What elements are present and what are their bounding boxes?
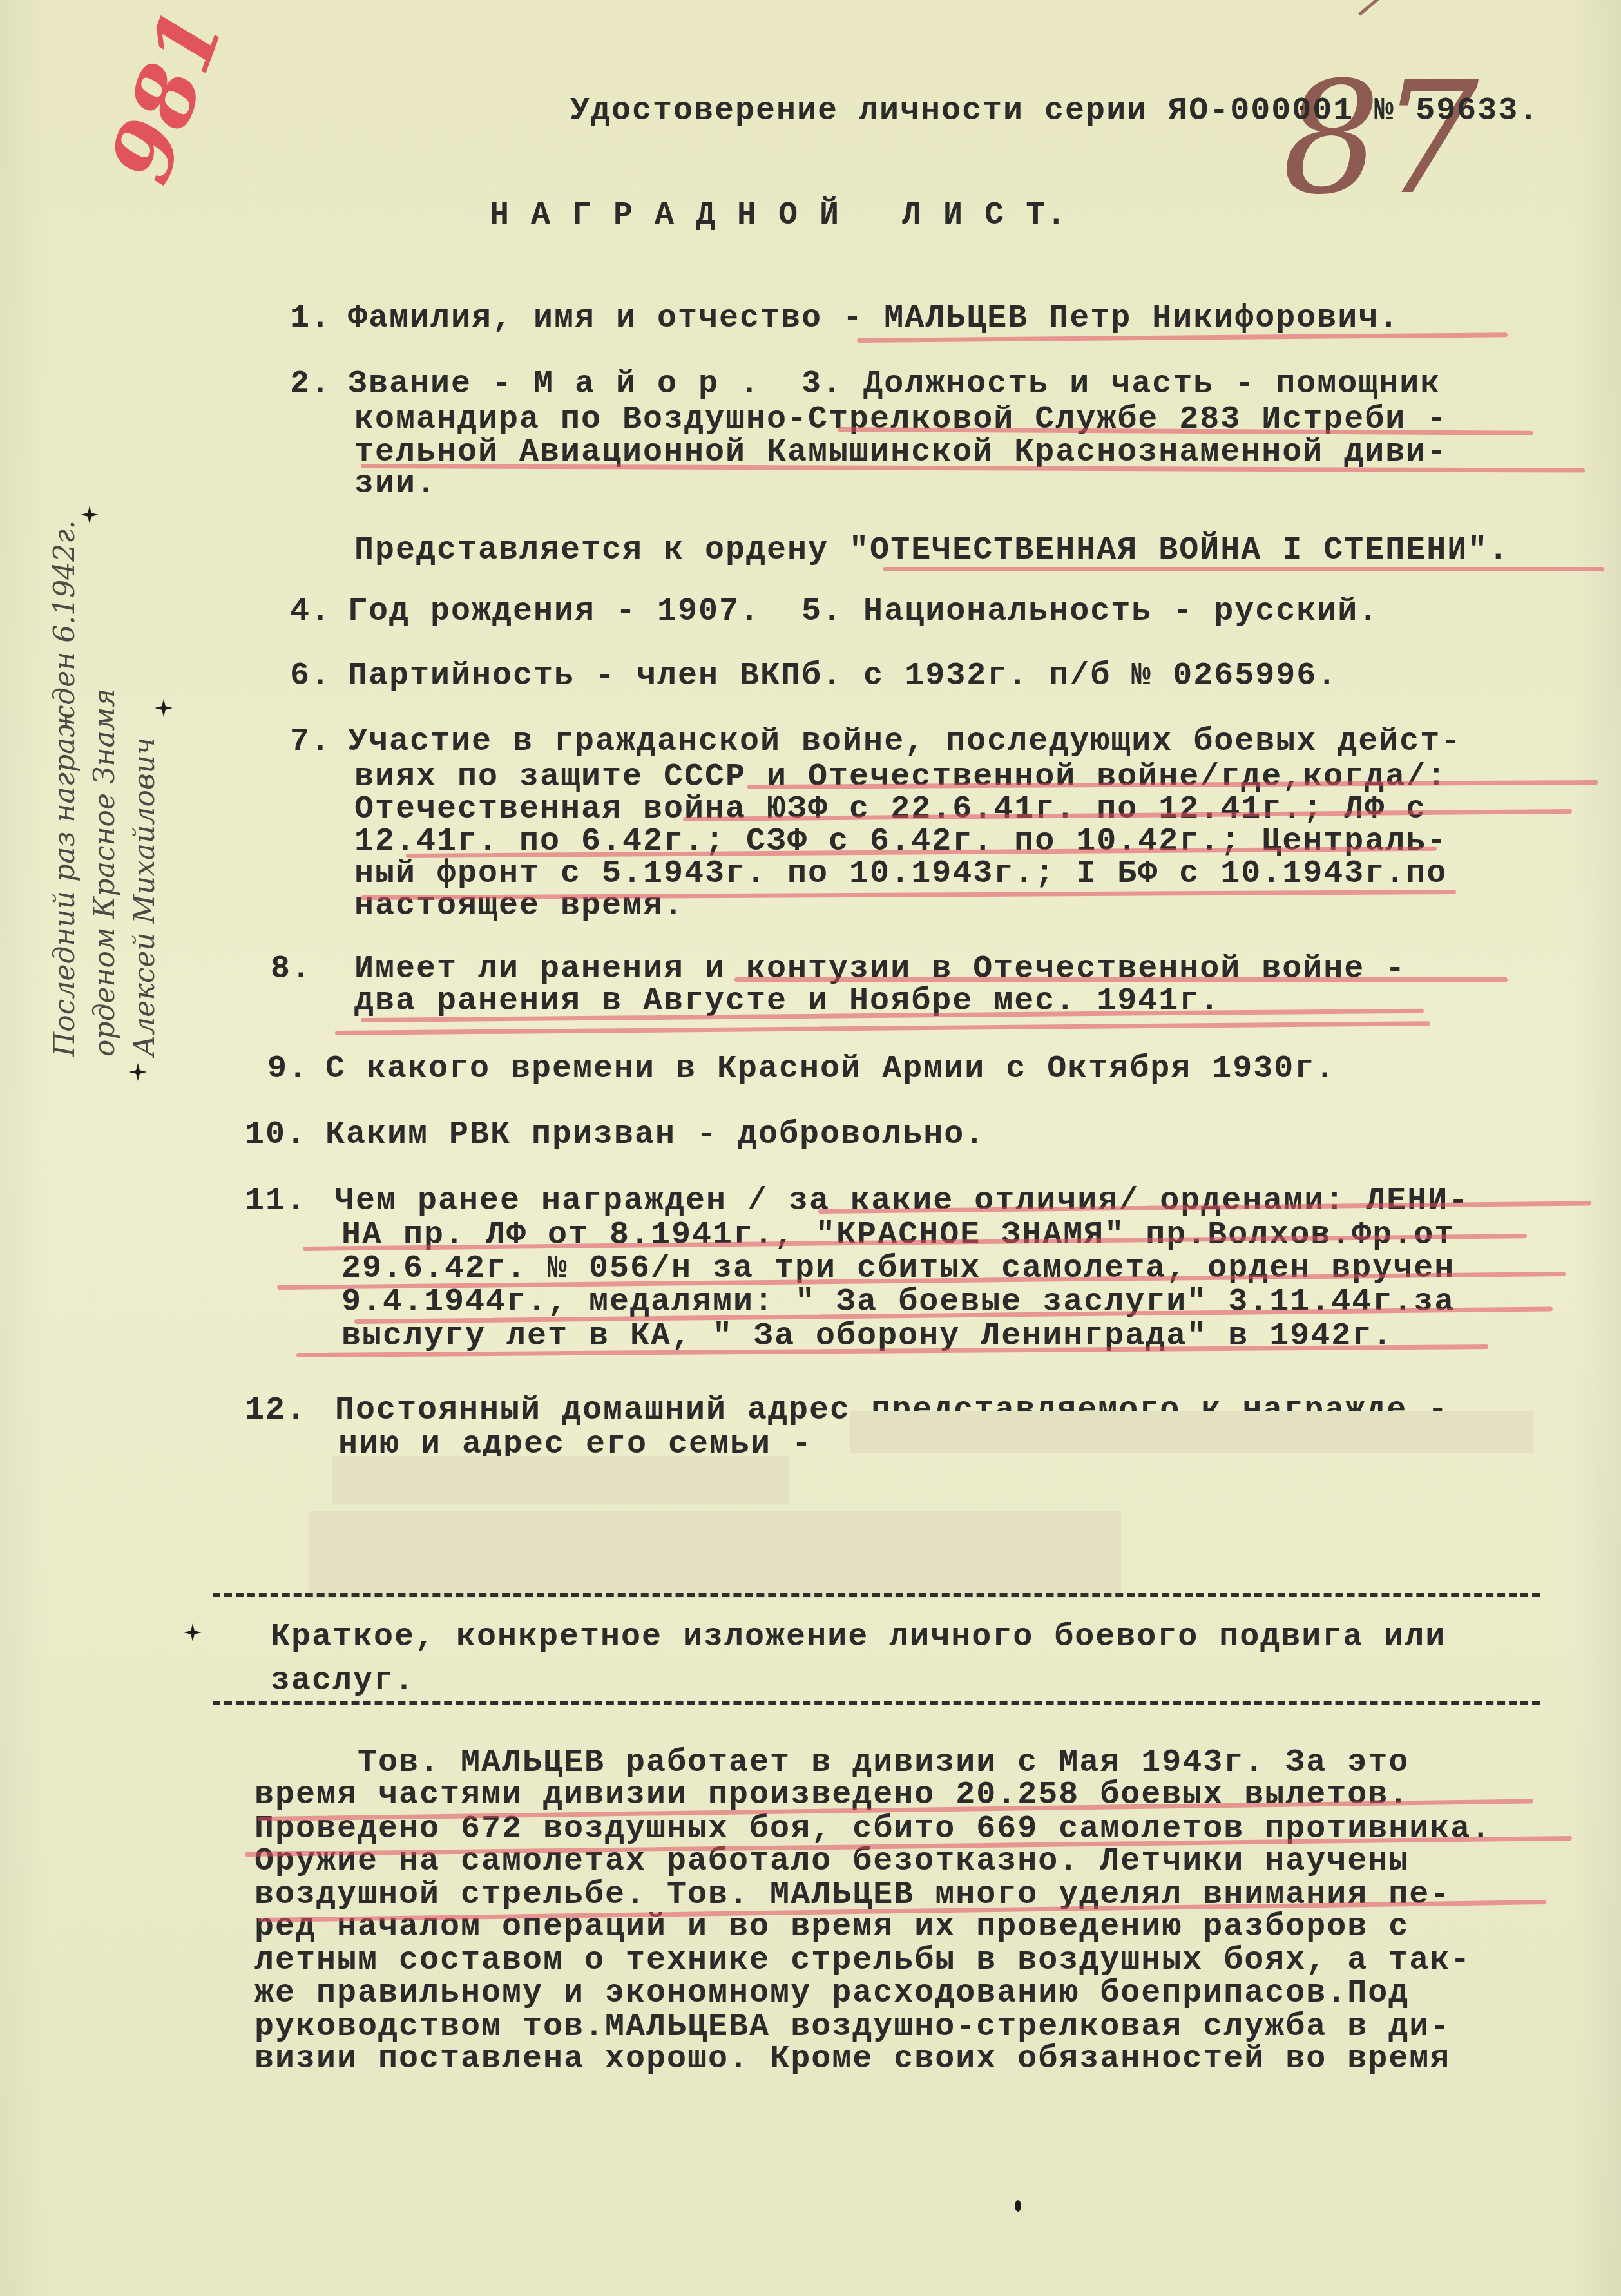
margin-handwritten-note: Последний раз награжден 6.1942г.орденом … bbox=[45, 412, 165, 1057]
margin-note-line: Алексей Михайлович bbox=[125, 412, 165, 1057]
margin-note-line: Последний раз награжден 6.1942г. bbox=[45, 412, 85, 1057]
item-6-party: Партийность - член ВКПб. с 1932г. п/б № … bbox=[348, 660, 1338, 693]
item-number: 12. bbox=[245, 1395, 307, 1427]
item-number: 2. bbox=[290, 368, 331, 401]
margin-note-line: орденом Красное Знамя bbox=[85, 412, 125, 1057]
item-2-line: Звание - М а й о р . 3. Должность и част… bbox=[348, 368, 1441, 401]
item-1-name: Фамилия, имя и отчество - МАЛЬЦЕВ Петр Н… bbox=[348, 303, 1399, 335]
item-4-birth-nationality: Год рождения - 1907. 5. Национальность -… bbox=[348, 596, 1379, 628]
redacted-address-block bbox=[309, 1511, 1121, 1598]
id-document-line: Удостоверение личности серии ЯО-000001 №… bbox=[570, 95, 1539, 128]
dashed-separator bbox=[213, 1701, 1540, 1705]
item-number: 4. bbox=[290, 596, 331, 628]
page-title: Н А Г Р А Д Н О Й Л И С Т. bbox=[490, 200, 1067, 232]
section-heading: заслуг. bbox=[271, 1665, 415, 1698]
item-7-line: Отечественная война ЮЗФ с 22.6.41г. по 1… bbox=[354, 794, 1426, 826]
item-9-army-since: С какого времени в Красной Армии с Октяб… bbox=[325, 1053, 1336, 1086]
item-number: 11. bbox=[245, 1185, 307, 1218]
ink-dot bbox=[1015, 2200, 1021, 2212]
redacted-address-block bbox=[332, 1456, 789, 1504]
narrative-line: же правильному и экономному расходованию… bbox=[254, 1978, 1409, 2010]
item-number: 7. bbox=[290, 726, 331, 758]
narrative-line: летным составом о технике стрельбы в воз… bbox=[254, 1945, 1471, 1977]
award-proposal: Представляется к ордену "ОТЕЧЕСТВЕННАЯ В… bbox=[354, 535, 1509, 567]
red-underline bbox=[734, 977, 1508, 982]
red-underline bbox=[883, 567, 1604, 571]
section-heading: Краткое, конкретное изложение личного бо… bbox=[271, 1622, 1446, 1654]
narrative-line: визии поставлена хорошо. Кроме своих обя… bbox=[254, 2043, 1450, 2076]
handwritten-pencil-number: 87 bbox=[1282, 61, 1479, 216]
dashed-separator bbox=[213, 1593, 1540, 1597]
item-7-line: Участие в гражданской войне, последующих… bbox=[348, 726, 1461, 758]
narrative-line: Тов. МАЛЬЦЕВ работает в дивизии с Мая 19… bbox=[254, 1747, 1409, 1779]
redacted-address-block bbox=[850, 1411, 1533, 1453]
narrative-line: руководством тов.МАЛЬЦЕВА воздушно-стрел… bbox=[254, 2011, 1450, 2043]
item-2-line: зии. bbox=[354, 468, 437, 501]
item-number: 6. bbox=[290, 660, 331, 693]
item-number: 8. bbox=[271, 953, 312, 986]
item-10-conscription: Каким РВК призван - добровольно. bbox=[325, 1119, 985, 1151]
item-7-line: виях по защите СССР и Отечественной войн… bbox=[354, 761, 1447, 794]
item-number: 9. bbox=[267, 1053, 309, 1086]
item-number: 1. bbox=[290, 303, 331, 335]
item-7-line: ный фронт с 5.1943г. по 10.1943г.; I БФ … bbox=[354, 858, 1447, 890]
item-number: 10. bbox=[245, 1119, 307, 1151]
